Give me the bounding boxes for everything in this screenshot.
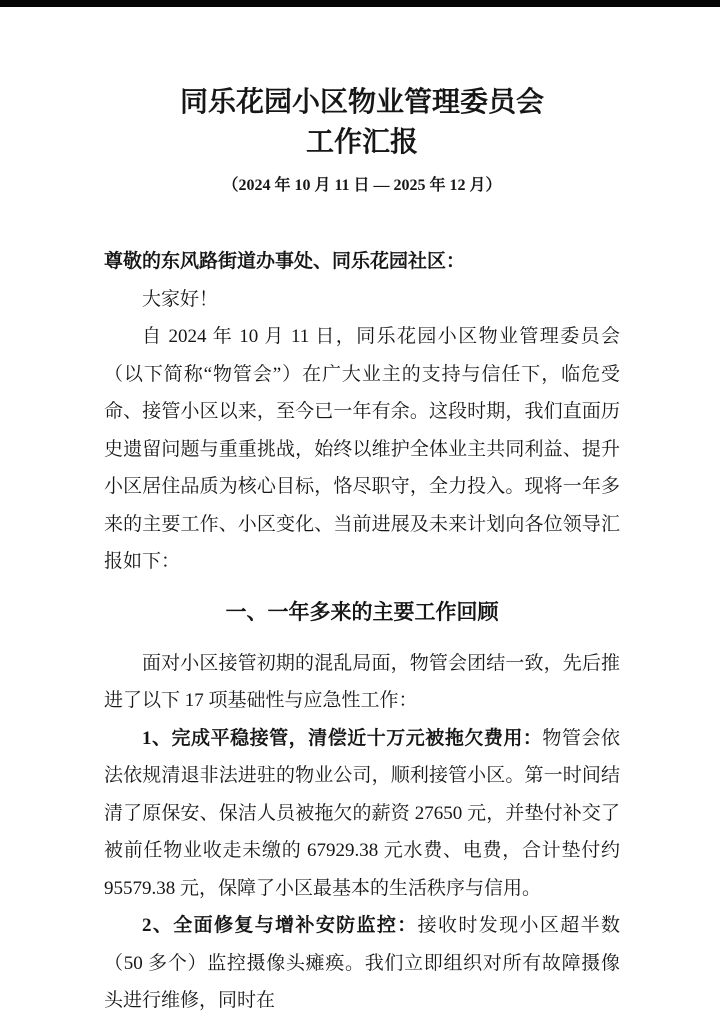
report-date-range: （2024 年 10 月 11 日 — 2025 年 12 月） — [104, 175, 620, 197]
document-page: 同乐花园小区物业管理委员会 工作汇报 （2024 年 10 月 11 日 — 2… — [104, 7, 620, 1020]
section-1-heading: 一、一年多来的主要工作回顾 — [104, 597, 620, 627]
greeting: 大家好！ — [104, 281, 620, 319]
document-title-line1: 同乐花园小区物业管理委员会 — [104, 83, 620, 123]
document-body: 尊敬的东风路街道办事处、同乐花园社区： 大家好！ 自 2024 年 10 月 1… — [104, 243, 620, 1020]
list-item-2: 2、全面修复与增补安防监控：接收时发现小区超半数（50 多个）监控摄像头瘫痪。我… — [104, 907, 620, 1020]
list-item-1-text: 物管会依法依规清退非法进驻的物业公司，顺利接管小区。第一时间结清了原保安、保洁人… — [104, 728, 620, 899]
list-item-1: 1、完成平稳接管，清偿近十万元被拖欠费用：物管会依法依规清退非法进驻的物业公司，… — [104, 720, 620, 908]
section-1-intro: 面对小区接管初期的混乱局面，物管会团结一致，先后推进了以下 17 项基础性与应急… — [104, 645, 620, 720]
title-block: 同乐花园小区物业管理委员会 工作汇报 （2024 年 10 月 11 日 — 2… — [104, 83, 620, 197]
list-item-2-label: 2、全面修复与增补安防监控： — [142, 915, 418, 936]
salutation: 尊敬的东风路街道办事处、同乐花园社区： — [104, 243, 620, 281]
intro-paragraph: 自 2024 年 10 月 11 日，同乐花园小区物业管理委员会（以下简称“物管… — [104, 318, 620, 581]
scan-edge-bar — [0, 0, 720, 7]
document-title-line2: 工作汇报 — [104, 123, 620, 163]
list-item-1-label: 1、完成平稳接管，清偿近十万元被拖欠费用： — [142, 728, 542, 749]
